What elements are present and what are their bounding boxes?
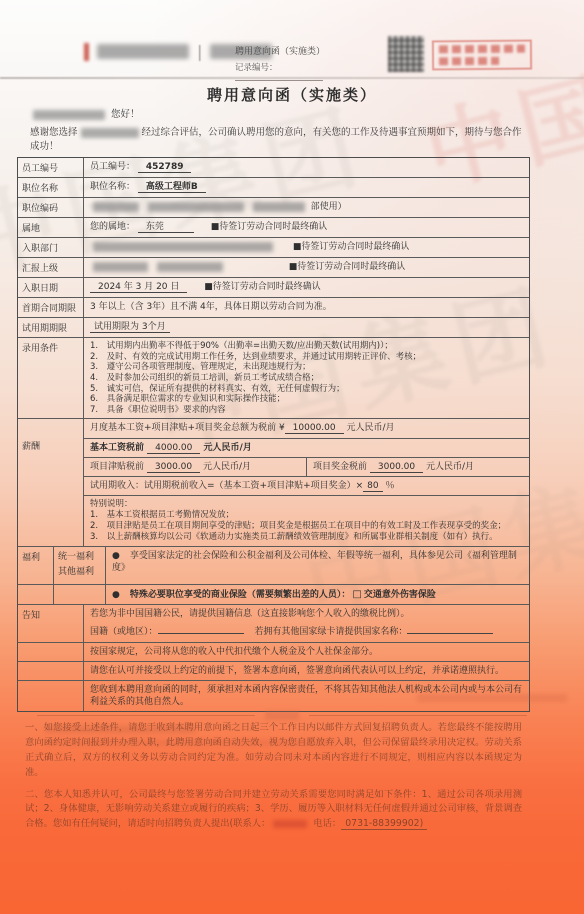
salary-base-prefix: 基本工资税前: [90, 443, 144, 453]
confirm-note: ■待签订劳动合同时最终确认: [293, 242, 410, 252]
salary-bonus-suffix: 元人民币/月: [426, 462, 474, 472]
row-label: 福利: [18, 547, 54, 584]
divider-line: [37, 715, 255, 716]
salary-allowance-value: 3000.00: [147, 462, 200, 473]
row-value: ■待签订劳动合同时最终确认: [84, 238, 529, 257]
reply-line-redacted: [45, 726, 195, 733]
salary-base-suffix: 元人民币/月: [204, 443, 252, 453]
divider-line: [309, 715, 527, 716]
position-code-redacted: [253, 202, 305, 212]
row-value: ■待签订劳动合同时最终确认: [84, 258, 529, 277]
row-label-empty: [18, 585, 54, 605]
supervisor-redacted: [93, 262, 148, 272]
contact-name-redacted: [273, 820, 307, 828]
salary-probation-income-line: 试用期收入：试用期税前收入=（基本工资+项目津贴+项目奖金）×80 ％: [84, 476, 529, 495]
greencard-label: 若拥有其他国家绿卡请提供国家名称：: [254, 627, 407, 637]
recipient-name-redacted: [33, 110, 105, 120]
row-value: 试用期限为 3个月: [84, 318, 529, 337]
table-row-conditions: 录用条件 1. 试用期内出勤率不得低于90%（出勤率=出勤天数/应出勤天数(试用…: [18, 337, 529, 418]
row-label: 告知: [18, 605, 84, 641]
record-number-line: 记录编号：: [205, 61, 355, 84]
salary-total-value: 10000.00: [285, 423, 344, 434]
salary-bonus-cell: 项目奖金税前 3000.00 元人民币/月: [307, 458, 529, 476]
table-row-salary: 薪酬 月度基本工资+项目津贴+项目奖金总额为税前 ¥10000.00 元人民币/…: [18, 418, 529, 546]
probation-term-value: 试用期限为 3个月: [90, 322, 170, 333]
divider-label-redacted: [265, 711, 299, 720]
salary-note-item: 2. 项目津贴是员工在项目期间享受的津贴；项目奖金是根据员工在项目中的有效工时及…: [90, 521, 523, 532]
company-name-redacted: [81, 128, 139, 138]
page-title: 聘用意向函（实施类）: [0, 84, 584, 105]
conditions-list: 1. 试用期内出勤率不得低于90%（出勤率=出勤天数/应出勤天数(试用期内)）；…: [84, 338, 529, 418]
condition-item: 2. 及时、有效的完成试用期工作任务，达到业绩要求，并通过试用期转正评价、考核；: [90, 352, 523, 363]
condition-item: 3. 遵守公司各项管理制度、管理规定，未出现违规行为；: [90, 362, 523, 373]
table-row-department: 入职部门 ■待签订劳动合同时最终确认: [18, 237, 529, 257]
department-redacted: [93, 242, 273, 252]
salary-total-prefix: 月度基本工资+项目津贴+项目奖金总额为税前 ¥: [90, 423, 285, 433]
welfare-sub-labels: 统一福利 其他福利: [54, 547, 106, 584]
row-label: 职位名称: [18, 178, 84, 197]
salary-split-line: 项目津贴税前 3000.00 元人民币/月 项目奖金税前 3000.00 元人民…: [84, 457, 529, 476]
welfare-item-text: 享受国家法定的社会保险和公积金福利及公司体检、年假等统一福利，具体参见公司《福利…: [112, 551, 517, 573]
row-value: 按国家规定，公司将从您的收入中代扣代缴个人税金及个人社保金部分。: [84, 643, 529, 661]
form-type-title: 聘用意向函（实施类）: [205, 44, 355, 57]
row-value: 员工编号： 452789: [84, 158, 529, 177]
row-value: 您的属地： 东莞 ■待签订劳动合同时最终确认: [84, 218, 529, 237]
salary-note-item: 1. 基本工资根据员工考勤情况发放；: [90, 510, 523, 521]
nationality-label: 国籍（或地区）：: [90, 627, 158, 637]
reply-line-redacted: [45, 740, 335, 746]
reply-divider: [37, 711, 527, 720]
location-value: 东莞: [138, 222, 194, 233]
row-label: 汇报上级: [18, 258, 84, 277]
welfare-checkbox-label: 交通意外伤害保险: [364, 590, 436, 600]
row-label-empty: [18, 662, 84, 680]
salary-bonus-prefix: 项目奖金税前: [313, 462, 367, 472]
welfare-item-text: 特殊必要职位享受的商业保险（需要频繁出差的人员）：: [130, 590, 351, 600]
table-row-tax: 按国家规定，公司将从您的收入中代扣代缴个人税金及个人社保金部分。: [18, 642, 529, 661]
table-row-supervisor: 汇报上级 ■待签订劳动合同时最终确认: [18, 257, 529, 277]
intro-prefix: 感谢您选择: [30, 127, 78, 138]
salary-allowance-suffix: 元人民币/月: [203, 462, 251, 472]
notice-line1: 若您为非中国国籍公民，请提供国籍信息（这直接影响您个人收入的缴税比例）。: [90, 608, 523, 620]
stamp-text-row: [439, 57, 499, 66]
logo-blurred-text: [97, 44, 189, 59]
row-label-empty: [18, 643, 84, 661]
row-label: 入职日期: [18, 278, 84, 297]
welfare-item: ●特殊必要职位享受的商业保险（需要频繁出差的人员）：□交通意外伤害保险: [106, 585, 529, 605]
row-label: 职位编码: [18, 198, 84, 217]
salary-allowance-prefix: 项目津贴税前: [90, 462, 144, 472]
greeting-line: 您好！: [17, 106, 530, 120]
probation-income-prefix: 试用期收入：试用期税前收入=（基本工资+项目津贴+项目奖金）×: [90, 481, 363, 491]
condition-item: 7. 具备《职位说明书》要求的内容: [90, 405, 523, 416]
table-row-welfare-2: ●特殊必要职位享受的商业保险（需要频繁出差的人员）：□交通意外伤害保险: [18, 584, 529, 605]
table-row-emp-no: 员工编号 员工编号： 452789: [18, 158, 529, 177]
table-row-welfare-1: 福利 统一福利 其他福利 ●享受国家法定的社会保险和公积金福利及公司体检、年假等…: [18, 546, 529, 584]
row-label: 属地: [18, 218, 84, 237]
welfare-item: ●享受国家法定的社会保险和公积金福利及公司体检、年假等统一福利，具体参见公司《福…: [106, 547, 529, 584]
row-label: 薪酬: [18, 419, 84, 546]
condition-item: 4. 及时参加公司组织的新员工培训，新员工考试成绩合格；: [90, 373, 523, 384]
location-prefix: 您的属地：: [90, 222, 135, 232]
footer-paragraph-2: 二、您本人知悉并认可，公司最终与您签署劳动合同并建立劳动关系需要您同时满足如下条…: [17, 788, 530, 833]
probation-income-value: 80: [363, 481, 382, 492]
condition-item: 1. 试用期内出勤率不得低于90%（出勤率=出勤天数/应出勤天数(试用期内)）；: [90, 341, 523, 352]
nationality-blank: [158, 625, 244, 634]
row-label-empty: [54, 585, 106, 605]
table-row-signing: 请您在认可并接受以上约定的前提下，签署本意向函，签署意向函代表认可以上约定，并承…: [18, 661, 529, 680]
position-code-redacted: [148, 202, 244, 212]
record-number-label: 记录编号：: [235, 63, 278, 73]
table-row-contract-term: 首期合同期限 3 年以上（含 3年）且不满 4年，具体日期以劳动合同为准。: [18, 297, 529, 317]
stamp-text-row: [439, 45, 525, 54]
qr-code: [388, 36, 424, 72]
table-row-position: 职位名称 职位名称： 高级工程师B: [18, 177, 529, 197]
supervisor-redacted: [157, 262, 223, 272]
greeting-salutation: 您好！: [111, 109, 140, 120]
row-value: 2024 年 3 月 20 日 ■待签订劳动合同时最终确认: [84, 278, 529, 297]
row-label: 首期合同期限: [18, 298, 84, 317]
row-label-empty: [18, 681, 84, 711]
row-value: 请您在认可并接受以上约定的前提下，签署本意向函，签署意向函代表认可以上约定，并承…: [84, 662, 529, 680]
offer-letter-page: 中国集团 中国集团 中国集团 中国集团 | 聘用意向函（实施类） 记录编号： 聘…: [0, 0, 584, 914]
table-row-probation-term: 试用期期限 试用期限为 3个月: [18, 317, 529, 337]
bullet-icon: ●: [112, 551, 120, 561]
checkbox-icon: □: [352, 589, 361, 600]
logo-red-mark: [84, 43, 89, 61]
salary-allowance-cell: 项目津贴税前 3000.00 元人民币/月: [84, 458, 307, 476]
condition-item: 6. 具备满足职位需求的专业知识和实际操作技能；: [90, 394, 523, 405]
position-prefix: 职位名称：: [90, 182, 135, 192]
row-value: 职位名称： 高级工程师B: [84, 178, 529, 197]
phone-number: 0731-88399902): [341, 818, 427, 830]
row-label: 试用期期限: [18, 318, 84, 337]
notice-content: 若您为非中国国籍公民，请提供国籍信息（这直接影响您个人收入的缴税比例）。 国籍（…: [84, 605, 529, 641]
table-row-notice: 告知 若您为非中国国籍公民，请提供国籍信息（这直接影响您个人收入的缴税比例）。 …: [18, 604, 529, 641]
welfare-sub-label: 统一福利: [58, 550, 101, 565]
offer-table: 员工编号 员工编号： 452789 职位名称 职位名称： 高级工程师B 职位编码: [17, 157, 530, 712]
salary-block: 月度基本工资+项目津贴+项目奖金总额为税前 ¥10000.00 元人民币/月 基…: [84, 419, 529, 546]
salary-note-item: 3. 以上薪酬核算均以公司《软通动力实施类员工薪酬绩效管理制度》和所属事业群相关…: [90, 532, 523, 543]
confirm-note: ■待签订劳动合同时最终确认: [211, 222, 328, 232]
row-label: 录用条件: [18, 338, 84, 418]
red-stamp: [432, 40, 532, 71]
salary-notes-title: 特别说明：: [90, 499, 523, 510]
document-header: | 聘用意向函（实施类） 记录编号：: [0, 36, 584, 80]
position-value: 高级工程师B: [138, 182, 206, 193]
position-code-redacted: [93, 202, 139, 212]
salary-bonus-value: 3000.00: [370, 462, 423, 473]
start-date-value: 2024 年 3 月 20 日: [90, 282, 187, 293]
confirm-note: ■待签订劳动合同时最终确认: [204, 282, 321, 292]
salary-base-value: 4000.00: [147, 443, 200, 454]
table-row-start-date: 入职日期 2024 年 3 月 20 日 ■待签订劳动合同时最终确认: [18, 277, 529, 297]
table-row-location: 属地 您的属地： 东莞 ■待签订劳动合同时最终确认: [18, 217, 529, 237]
probation-income-suffix: ％: [386, 481, 395, 491]
logo-divider: |: [197, 42, 202, 61]
condition-item: 5. 诚实可信，保证所有提供的材料真实、有效，无任何虚假行为；: [90, 384, 523, 395]
row-label: 员工编号: [18, 158, 84, 177]
salary-total-suffix: 元人民币/月: [347, 423, 395, 433]
confirm-note: ■待签订劳动合同时最终确认: [289, 262, 406, 272]
row-value: 部使用）: [84, 198, 529, 217]
header-divider-line: [0, 77, 584, 79]
notice-line2: 国籍（或地区）： 若拥有其他国家绿卡请提供国家名称：: [90, 625, 523, 638]
letter-body: 您好！ 感谢您选择经过综合评估，公司确认聘用您的意向，有关您的工作及待遇事宜预期…: [17, 106, 530, 832]
salary-notes: 特别说明： 1. 基本工资根据员工考勤情况发放； 2. 项目津贴是员工在项目期间…: [84, 495, 529, 546]
company-signature-redacted: [417, 694, 567, 702]
emp-no-prefix: 员工编号：: [90, 162, 135, 172]
welfare-sub-label: 其他福利: [58, 565, 101, 580]
salary-base-line: 基本工资税前 4000.00 元人民币/月: [84, 438, 529, 457]
phone-label: 电话：: [313, 818, 341, 829]
salary-total-line: 月度基本工资+项目津贴+项目奖金总额为税前 ¥10000.00 元人民币/月: [84, 419, 529, 437]
intro-paragraph: 感谢您选择经过综合评估，公司确认聘用您的意向，有关您的工作及待遇事宜预期如下，期…: [17, 124, 530, 152]
row-label: 入职部门: [18, 238, 84, 257]
emp-no-value: 452789: [138, 162, 192, 173]
position-code-suffix: 部使用）: [311, 202, 347, 212]
bullet-icon: ●: [112, 590, 120, 600]
greencard-blank: [407, 625, 493, 634]
table-row-position-code: 职位编码 部使用）: [18, 197, 529, 217]
row-value: 3 年以上（含 3年）且不满 4年，具体日期以劳动合同为准。: [84, 298, 529, 317]
